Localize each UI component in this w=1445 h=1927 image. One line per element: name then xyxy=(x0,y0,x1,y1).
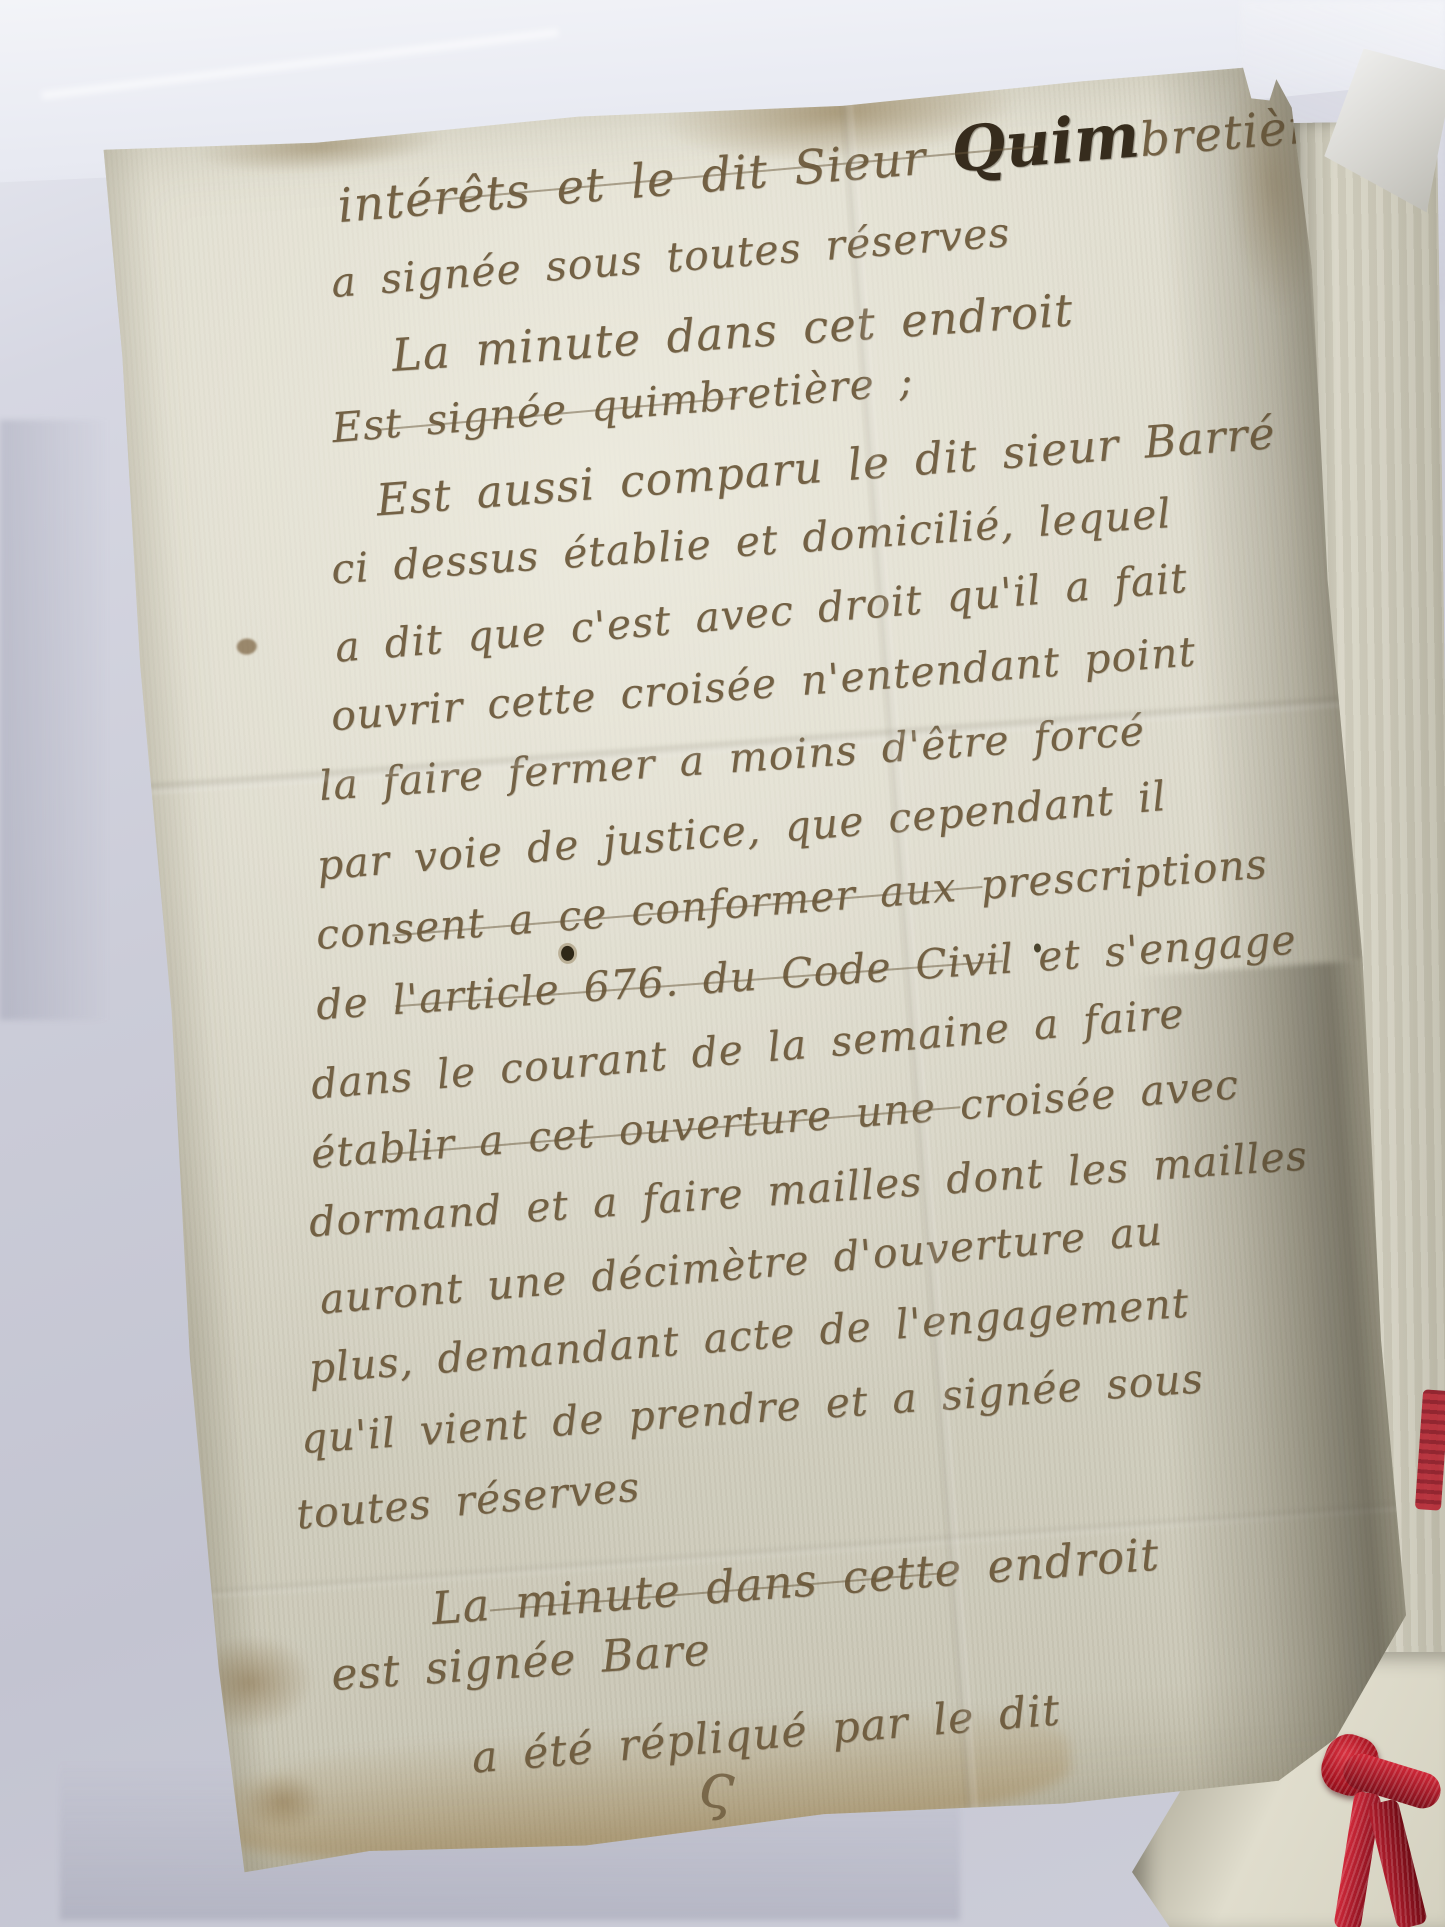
manuscript-line: est signée Bare xyxy=(330,1625,713,1701)
emphasized-word: Quim xyxy=(949,98,1143,186)
cloth-fold xyxy=(0,420,110,1020)
manuscript-line: La minute dans cette endroit xyxy=(430,1528,1161,1636)
manuscript-line: La minute dans cet endroit xyxy=(390,283,1075,382)
manuscript-line: toutes réserves xyxy=(295,1463,642,1539)
photograph-scene: intérêts et le dit Sieur Quimbretièrea s… xyxy=(0,0,1445,1927)
pen-flourish: ς xyxy=(696,1748,737,1824)
manuscript-page: intérêts et le dit Sieur Quimbretièrea s… xyxy=(100,62,1423,1875)
